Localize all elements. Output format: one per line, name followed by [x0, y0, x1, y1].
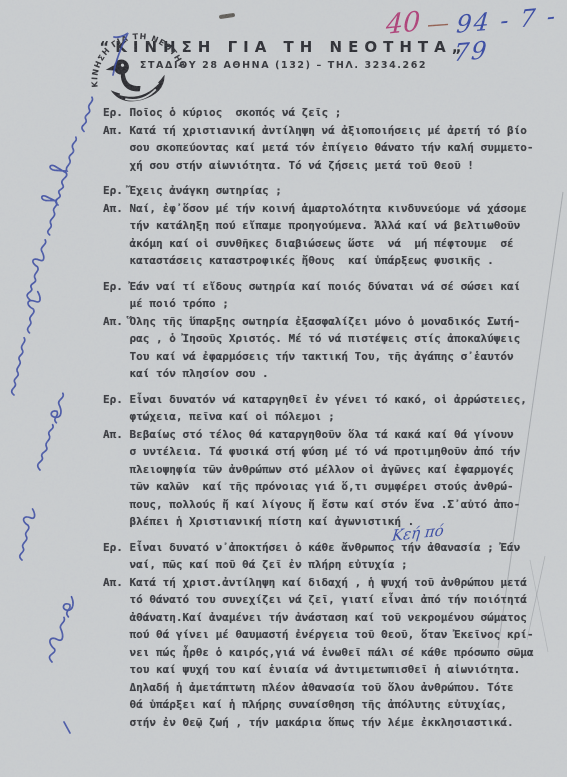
qa-label: Ερ. — [103, 104, 130, 122]
qa-line-text: νει πώς ἦρθε ὁ καιρός,γιά νά ἑνωθεῖ πάλι… — [130, 646, 534, 659]
qa-line-text: στήν ἐν Θεῷ ζωή , τήν μακάρια ὅπως τήν λ… — [130, 716, 514, 729]
qa-line-text: μέ ποιό τρόπο ; — [130, 297, 229, 310]
typed-first-line: Απ.Βεβαίως στό τέλος θά καταργηθοῦν ὅλα … — [103, 426, 553, 444]
typed-line: πλειοψηφία τῶν ἀνθρώπων στό μέλλον οἱ ἀγ… — [103, 461, 553, 479]
scanned-document-page: ΚΙΝΗΣΗ ΓΙΑ ΤΗ ΝΕΟΤΗΤΑ “ΚΙΝΗΣΗ ΓΙΑ ΤΗ ΝΕΟ… — [0, 0, 567, 777]
qa-label: Ερ. — [103, 182, 130, 200]
dove-icon — [104, 50, 169, 107]
answer-block: Απ.Ναί, ἐφ᾽ὅσον μέ τήν κοινή ἁμαρτολότητ… — [103, 200, 553, 270]
qa-line-text: Ποῖος ὁ κύριος σκοπός νά ζεῖς ; — [130, 106, 342, 119]
typed-line: στήν ἐν Θεῷ ζωή , τήν μακάρια ὅπως τήν λ… — [103, 714, 553, 732]
qa-line-text: τό θάνατό του συνεχίζει νά ζεῖ, γιατί εἶ… — [130, 593, 527, 606]
typed-line: ρας , ὁ Ἰησοῦς Χριστός. Μέ τό νά πιστέψε… — [103, 330, 553, 348]
question-block: Ερ.Ποῖος ὁ κύριος σκοπός νά ζεῖς ; — [103, 104, 553, 122]
answer-block: Απ.Βεβαίως στό τέλος θά καταργηθοῦν ὅλα … — [103, 426, 553, 531]
qa-line-text: Βεβαίως στό τέλος θά καταργηθοῦν ὅλα τά … — [130, 428, 514, 441]
qa-label: Ερ. — [103, 391, 130, 409]
typed-line: Δηλαδή ἡ ἀμετάπτωτη πλέον ἀθανασία τοῦ ὅ… — [103, 679, 553, 697]
typed-first-line: Απ.Κατά τή χριστ.ἀντίληψη καί διδαχή , ἡ… — [103, 574, 553, 592]
qa-line-text: Εἶναι δυνατόν νά καταργηθεῖ ἐν γένει τό … — [130, 393, 527, 406]
typed-line: ἀθάνατη.Καί ἀναμένει τήν ἀνάσταση καί το… — [103, 609, 553, 627]
qa-line-text: πλειοψηφία τῶν ἀνθρώπων στό μέλλον οἱ ἀγ… — [130, 463, 514, 476]
qa-line-text: Εἶναι δυνατό ν᾽ἀποκτήσει ὁ κάθε ἄνθρωπος… — [130, 541, 521, 554]
answer-block: Απ.Ὅλης τῆς ὕπαρξης σωτηρία ἐξασφαλίζει … — [103, 313, 553, 383]
qa-line-text: καταστάσεις καταστροφικές ἤθους καί ὑπάρ… — [130, 254, 494, 267]
typed-line: καταστάσεις καταστροφικές ἤθους καί ὑπάρ… — [103, 252, 553, 270]
qa-line-text: τήν κατάληξη πού εἴπαμε προηγούμενα. Ἀλλ… — [130, 219, 521, 232]
qa-label: Ερ. — [103, 539, 130, 557]
typed-line: τῶν καλῶν καί τῆς πρόνοιας γιά ὅ,τι συμφ… — [103, 478, 553, 496]
typed-line: πού θά γίνει μέ θαυμαστή ἐνέργεια τοῦ Θε… — [103, 626, 553, 644]
typed-line: φτώχεια, πεῖνα καί οἱ πόλεμοι ; — [103, 408, 553, 426]
typed-line: Του καί νά ἐφαρμόσεις τήν τακτική Του, τ… — [103, 348, 553, 366]
ink-smudge — [219, 13, 235, 19]
qa-line-text: σου σκοπεύοντας καί μετά τόν ἐπίγειο θάν… — [130, 141, 534, 154]
qa-label: Ερ. — [103, 278, 130, 296]
typed-first-line: Ερ.Εἶναι δυνατόν νά καταργηθεῖ ἐν γένει … — [103, 391, 553, 409]
qa-line-text: βλέπει ἡ Χριστιανική πίστη καί ἀγωνιστικ… — [130, 515, 415, 528]
qa-list: Ερ.Ποῖος ὁ κύριος σκοπός νά ζεῖς ;Απ.Κατ… — [103, 104, 553, 731]
typed-line: σ υντέλεια. Τά φυσικά στή φύση μέ τό νά … — [103, 443, 553, 461]
qa-line-text: Κατά τή χριστιανική ἀντίληψη νά ἀξιοποιή… — [130, 124, 527, 137]
qa-line-text: Κατά τή χριστ.ἀντίληψη καί διδαχή , ἡ ψυ… — [130, 576, 527, 589]
typed-line: ναί, πῶς καί ποῦ θά ζεῖ ἐν πλήρη εὐτυχία… — [103, 556, 553, 574]
typed-line: βλέπει ἡ Χριστιανική πίστη καί ἀγωνιστικ… — [103, 513, 553, 531]
typed-line: του καί ψυχή του καί ἑνιαία νά ἀντιμετωπ… — [103, 661, 553, 679]
typed-first-line: Απ.Ὅλης τῆς ὕπαρξης σωτηρία ἐξασφαλίζει … — [103, 313, 553, 331]
qa-line-text: φτώχεια, πεῖνα καί οἱ πόλεμοι ; — [130, 410, 335, 423]
qa-line-text: καί τόν πλησίον σου . — [130, 367, 269, 380]
typed-first-line: Ερ.Ἔχεις ἀνάγκη σωτηρίας ; — [103, 182, 553, 200]
typed-first-line: Ερ.Εἶναι δυνατό ν᾽ἀποκτήσει ὁ κάθε ἄνθρω… — [103, 539, 553, 557]
question-block: Ερ.Ἔχεις ἀνάγκη σωτηρίας ; — [103, 182, 553, 200]
handwritten-red-number: 40 — [386, 6, 421, 41]
typed-line: ἀκόμη καί οἱ συνθῆκες διαβιώσεως ὥστε νά… — [103, 235, 553, 253]
qa-line-text: Ἐάν ναί τί εἴδους σωτηρία καί ποιός δύνα… — [130, 280, 521, 293]
qa-line-text: ἀθάνατη.Καί ἀναμένει τήν ἀνάσταση καί το… — [130, 611, 527, 624]
qa-line-text: ἀκόμη καί οἱ συνθῆκες διαβιώσεως ὥστε νά… — [130, 237, 514, 250]
qa-line-text: πους, πολλούς ἤ καί λίγους ἤ ἔστω καί στ… — [130, 498, 521, 511]
qa-line-text: του καί ψυχή του καί ἑνιαία νά ἀντιμετωπ… — [130, 663, 521, 676]
typed-line: νει πώς ἦρθε ὁ καιρός,γιά νά ἑνωθεῖ πάλι… — [103, 644, 553, 662]
qa-label: Απ. — [103, 313, 130, 331]
typed-first-line: Ερ.Ποῖος ὁ κύριος σκοπός νά ζεῖς ; — [103, 104, 553, 122]
answer-block: Απ.Κατά τή χριστιανική ἀντίληψη νά ἀξιοπ… — [103, 122, 553, 175]
typed-line: τήν κατάληξη πού εἴπαμε προηγούμενα. Ἀλλ… — [103, 217, 553, 235]
qa-line-text: σ υντέλεια. Τά φυσικά στή φύση μέ τό νά … — [130, 445, 521, 458]
qa-line-text: Ναί, ἐφ᾽ὅσον μέ τήν κοινή ἁμαρτολότητα κ… — [130, 202, 527, 215]
typed-line: μέ ποιό τρόπο ; — [103, 295, 553, 313]
typed-line: σου σκοπεύοντας καί μετά τόν ἐπίγειο θάν… — [103, 139, 553, 157]
question-block: Ερ.Εἶναι δυνατό ν᾽ἀποκτήσει ὁ κάθε ἄνθρω… — [103, 539, 553, 574]
typed-first-line: Απ.Κατά τή χριστιανική ἀντίληψη νά ἀξιοπ… — [103, 122, 553, 140]
question-block: Ερ.Ἐάν ναί τί εἴδους σωτηρία καί ποιός δ… — [103, 278, 553, 313]
typed-line: τό θάνατό του συνεχίζει νά ζεῖ, γιατί εἶ… — [103, 591, 553, 609]
typed-line: πους, πολλούς ἤ καί λίγους ἤ ἔστω καί στ… — [103, 496, 553, 514]
qa-line-text: Ἔχεις ἀνάγκη σωτηρίας ; — [130, 184, 282, 197]
typed-line: καί τόν πλησίον σου . — [103, 365, 553, 383]
qa-line-text: πού θά γίνει μέ θαυμαστή ἐνέργεια τοῦ Θε… — [130, 628, 534, 641]
qa-line-text: ναί, πῶς καί ποῦ θά ζεῖ ἐν πλήρη εὐτυχία… — [130, 558, 408, 571]
handwritten-date-note: 94 - 7 - 79 — [453, 1, 567, 67]
qa-label: Απ. — [103, 426, 130, 444]
typed-first-line: Ερ.Ἐάν ναί τί εἴδους σωτηρία καί ποιός δ… — [103, 278, 553, 296]
typed-first-line: Απ.Ναί, ἐφ᾽ὅσον μέ τήν κοινή ἁμαρτολότητ… — [103, 200, 553, 218]
answer-block: Απ.Κατά τή χριστ.ἀντίληψη καί διδαχή , ἡ… — [103, 574, 553, 732]
qa-line-text: Του καί νά ἐφαρμόσεις τήν τακτική Του, τ… — [130, 350, 514, 363]
question-block: Ερ.Εἶναι δυνατόν νά καταργηθεῖ ἐν γένει … — [103, 391, 553, 426]
qa-line-text: Δηλαδή ἡ ἀμετάπτωτη πλέον ἀθανασία τοῦ ὅ… — [130, 681, 514, 694]
typed-line: θά ὑπάρξει καί ἡ πλήρης συναίσθηση τῆς ἀ… — [103, 696, 553, 714]
qa-line-text: ρας , ὁ Ἰησοῦς Χριστός. Μέ τό νά πιστέψε… — [130, 332, 521, 345]
qa-label: Απ. — [103, 200, 130, 218]
qa-line-text: θά ὑπάρξει καί ἡ πλήρης συναίσθηση τῆς ἀ… — [130, 698, 508, 711]
qa-label: Απ. — [103, 574, 130, 592]
handwritten-dash: — — [426, 11, 450, 37]
qa-line-text: Ὅλης τῆς ὕπαρξης σωτηρία ἐξασφαλίζει μόν… — [130, 315, 521, 328]
qa-line-text: τῶν καλῶν καί τῆς πρόνοιας γιά ὅ,τι συμφ… — [130, 480, 514, 493]
qa-line-text: χή σου στήν αἰωνιότητα. Τό νά ζήσεις μετ… — [130, 159, 474, 172]
typed-line: χή σου στήν αἰωνιότητα. Τό νά ζήσεις μετ… — [103, 157, 553, 175]
qa-label: Απ. — [103, 122, 130, 140]
